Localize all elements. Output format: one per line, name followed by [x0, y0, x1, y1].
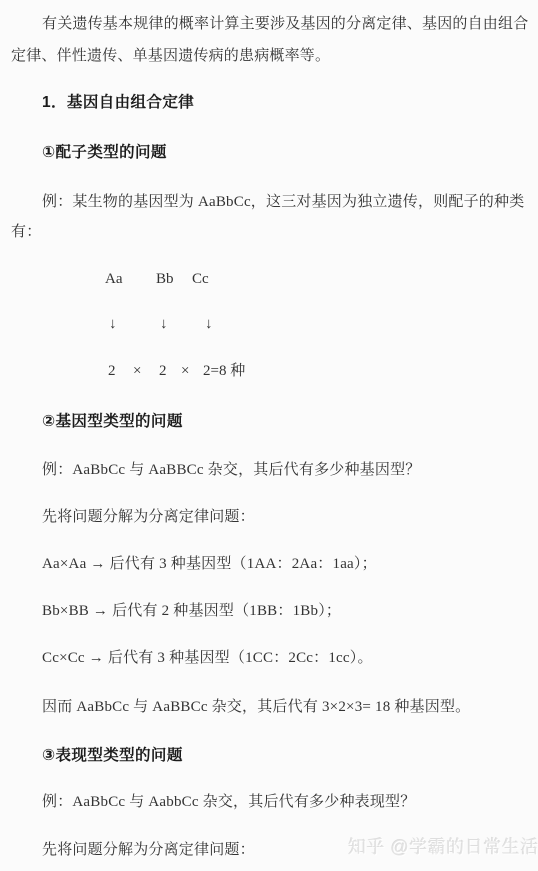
- cross-line-1: Aa×Aa → 后代有 3 种基因型（1AA：2Aa：1aa）；: [11, 553, 530, 575]
- gene-label-aa: Aa: [105, 268, 123, 290]
- result-token: 2=8 种: [203, 360, 245, 382]
- arrow-row: ↓ ↓ ↓: [0, 313, 538, 335]
- cross-line-3: Cc×Cc → 后代有 3 种基因型（1CC：2Cc：1cc）。: [11, 647, 530, 669]
- document-page: 有关遗传基本规律的概率计算主要涉及基因的分离定律、基因的自由组合 定律、伴性遗传…: [0, 0, 538, 871]
- step-intro-text: 先将问题分解为分离定律问题：: [11, 506, 530, 528]
- example-1-line-2: 有：: [11, 221, 530, 243]
- gene-label-bb: Bb: [156, 268, 174, 290]
- intro-paragraph-line-2: 定律、伴性遗传、单基因遗传病的患病概率等。: [11, 45, 530, 67]
- subsection-3-heading: ③表现型类型的问题: [42, 745, 530, 767]
- example-2-text: 例：AaBbCc 与 AaBBCc 杂交，其后代有多少种基因型？: [11, 459, 530, 481]
- example-1-line-1: 例：某生物的基因型为 AaBbCc，这三对基因为独立遗传，则配子的种类: [11, 191, 530, 213]
- subsection-1-heading: ①配子类型的问题: [42, 142, 530, 164]
- zhihu-watermark: 知乎 @学霸的日常生活: [348, 833, 538, 859]
- result-token: 2: [159, 360, 167, 382]
- gene-pair-row: Aa Bb Cc: [0, 268, 538, 290]
- down-arrow-icon: ↓: [160, 313, 168, 335]
- conclusion-text: 因而 AaBbCc 与 AaBBCc 杂交，其后代有 3×2×3= 18 种基因…: [11, 696, 530, 718]
- intro-paragraph-line-1: 有关遗传基本规律的概率计算主要涉及基因的分离定律、基因的自由组合: [11, 13, 530, 35]
- result-token: 2: [108, 360, 116, 382]
- multiplication-result-row: 2 × 2 × 2=8 种: [0, 360, 538, 382]
- down-arrow-icon: ↓: [109, 313, 117, 335]
- example-3-text: 例：AaBbCc 与 AabbCc 杂交，其后代有多少种表现型？: [11, 791, 530, 813]
- down-arrow-icon: ↓: [205, 313, 213, 335]
- subsection-2-heading: ②基因型类型的问题: [42, 411, 530, 433]
- gene-label-cc: Cc: [192, 268, 209, 290]
- multiply-icon: ×: [181, 360, 189, 382]
- cross-line-2: Bb×BB → 后代有 2 种基因型（1BB：1Bb）；: [11, 600, 530, 622]
- section-1-heading: 1．基因自由组合定律: [42, 92, 530, 114]
- multiply-icon: ×: [133, 360, 141, 382]
